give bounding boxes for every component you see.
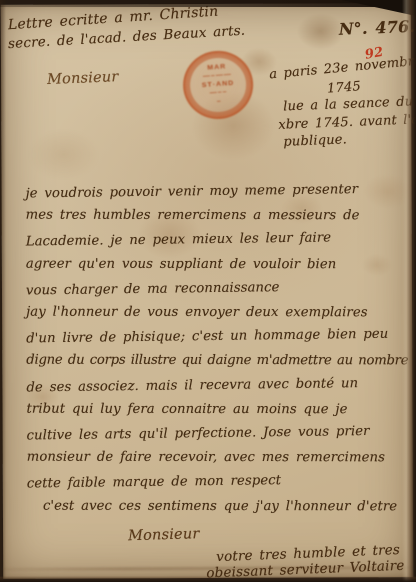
photo-edge-bottom	[0, 576, 416, 582]
letter-body-line: agreer qu'en vous suppliant de vouloir b…	[26, 252, 406, 277]
letter-body-line: jay l'honneur de vous envoyer deux exemp…	[26, 301, 406, 326]
library-stamp: MAR —–—— ST·AND —–– –	[181, 48, 256, 121]
reading-note-line2: xbre 1745. avant l'assem.	[278, 111, 416, 133]
manuscript-photo: Lettre ecritte a mr. Christin secre. de …	[0, 0, 416, 582]
letter-body-line: c'est avec ces sentimens que j'ay l'honn…	[27, 494, 407, 519]
letter-body: je voudrois pouvoir venir moy meme prese…	[26, 179, 407, 519]
letter-body-line: je voudrois pouvoir venir moy meme prese…	[25, 177, 405, 206]
letter-body-line: digne du corps illustre qui daigne m'adm…	[26, 349, 406, 374]
letter-body-line: cultive les arts qu'il perfectione. Jose…	[26, 420, 406, 449]
page-edge-right	[402, 0, 416, 582]
letter-body-line: vous charger de ma reconnaissance	[26, 274, 406, 303]
letter-body-line: d'un livre de phisique; c'est un hommage…	[26, 323, 406, 352]
letter-body-line: mes tres humbles remercimens a messieurs…	[26, 204, 406, 229]
letter-body-line: monsieur de faire recevoir, avec mes rem…	[27, 446, 407, 471]
letter-body-line: Lacademie. je ne peux mieux les leur fai…	[26, 226, 406, 255]
letter-paper: Lettre ecritte a mr. Christin secre. de …	[1, 3, 414, 579]
letter-body-line: cette faible marque de mon respect	[27, 468, 407, 497]
reading-note-line3: publique.	[283, 132, 347, 149]
page-edge-left	[0, 0, 6, 582]
closing-salutation: Monsieur	[128, 526, 200, 544]
stamp-text-line: —––	[210, 89, 228, 98]
dateline-line2: 1745	[327, 79, 362, 96]
reading-note-line1: lue a la seance du 1er	[283, 93, 416, 114]
letter-body-line: tribut qui luy fera connaitre au moins q…	[26, 397, 406, 422]
salutation: Monsieur	[47, 69, 119, 88]
letter-body-line: de ses associez. mais il recevra avec bo…	[26, 371, 406, 400]
dateline-line1: a paris 23e novembre	[269, 53, 416, 82]
stamp-text-line: –	[217, 98, 222, 106]
